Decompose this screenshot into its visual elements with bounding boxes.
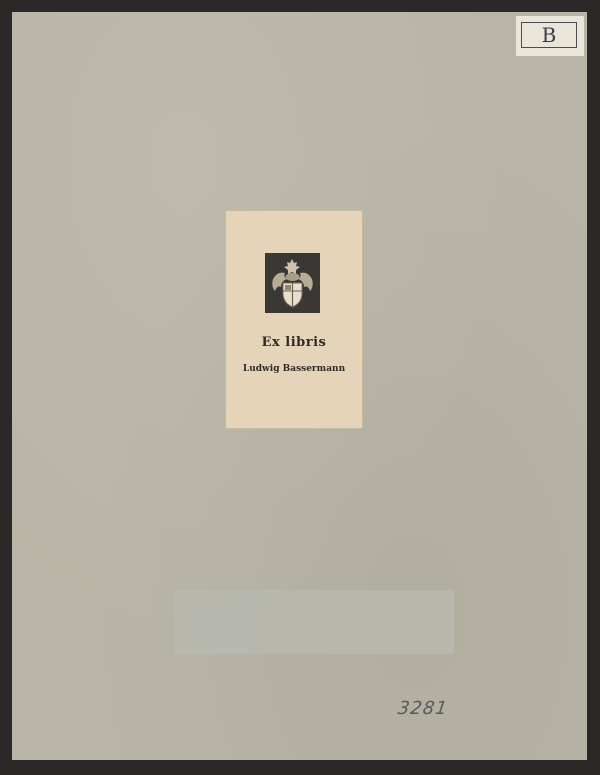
category-label: B [516, 16, 584, 56]
mount-paper: B Ex libris Ludwig Bassermann 328 [12, 12, 587, 760]
owner-name: Ludwig Bassermann [226, 364, 362, 374]
handwritten-shelfmark: 3281 [397, 698, 450, 719]
ex-libris-title: Ex libris [226, 335, 362, 350]
category-label-frame: B [521, 22, 577, 48]
category-label-text: B [542, 23, 557, 47]
faded-patch [174, 590, 454, 654]
bookplate: Ex libris Ludwig Bassermann [226, 211, 362, 428]
coat-of-arms-icon [265, 253, 320, 313]
